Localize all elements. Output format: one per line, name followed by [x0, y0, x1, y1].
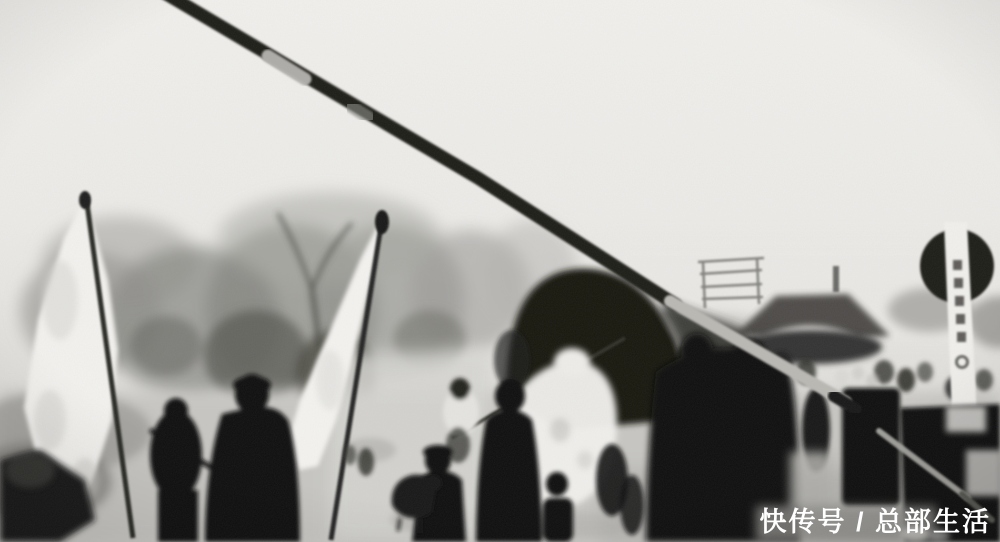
watermark: 快传号 / 总部生活	[759, 509, 991, 536]
watermark-text: 快传号 / 总部生活	[759, 507, 991, 537]
photograph	[0, 0, 1000, 542]
vignette	[0, 0, 1000, 542]
photo-canvas: 快传号 / 总部生活	[0, 0, 1000, 542]
